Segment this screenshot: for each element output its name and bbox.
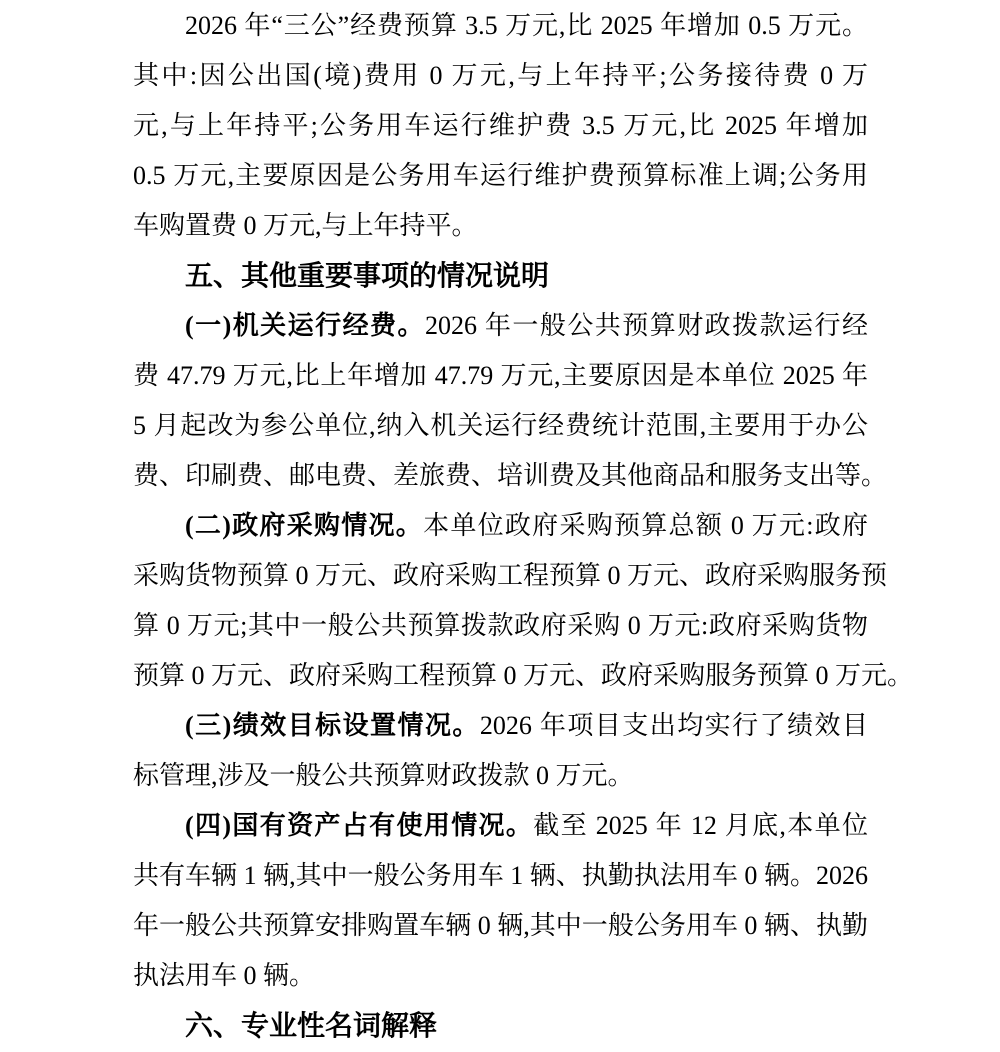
line-text: 车购置费 0 万元,与上年持平。 — [133, 211, 478, 240]
text-line: (四)国有资产占有使用情况。截至 2025 年 12 月底,本单位 — [133, 801, 868, 851]
section-5-heading: 五、其他重要事项的情况说明 — [133, 251, 868, 301]
document-body: 2026 年“三公”经费预算 3.5 万元,比 2025 年增加 0.5 万元。… — [133, 1, 868, 1051]
line-text: 0.5 万元,主要原因是公务用车运行维护费预算标准上调;公务用 — [133, 161, 868, 190]
subsection-label: (四)国有资产占有使用情况。 — [185, 811, 533, 840]
text-line: 标管理,涉及一般公共预算财政拨款 0 万元。 — [133, 751, 868, 801]
line-text: 5 月起改为参公单位,纳入机关运行经费统计范围,主要用于办公 — [133, 411, 868, 440]
text-line: 算 0 万元;其中一般公共预算拨款政府采购 0 万元:政府采购货物 — [133, 601, 868, 651]
text-line: 预算 0 万元、政府采购工程预算 0 万元、政府采购服务预算 0 万元。 — [133, 651, 868, 701]
three-public-expenses-paragraph: 2026 年“三公”经费预算 3.5 万元,比 2025 年增加 0.5 万元。… — [133, 1, 868, 251]
line-text: 年一般公共预算安排购置车辆 0 辆,其中一般公务用车 0 辆、执勤 — [133, 911, 868, 940]
line-text: 本单位政府采购预算总额 0 万元:政府 — [423, 511, 868, 540]
subsection-label: (二)政府采购情况。 — [185, 511, 423, 540]
line-text: 截至 2025 年 12 月底,本单位 — [533, 811, 868, 840]
line-text: 标管理,涉及一般公共预算财政拨款 0 万元。 — [133, 761, 634, 790]
line-text: 采购货物预算 0 万元、政府采购工程预算 0 万元、政府采购服务预 — [133, 561, 887, 590]
performance-targets-paragraph: (三)绩效目标设置情况。2026 年项目支出均实行了绩效目标管理,涉及一般公共预… — [133, 701, 868, 801]
text-line: 共有车辆 1 辆,其中一般公务用车 1 辆、执勤执法用车 0 辆。2026 — [133, 851, 868, 901]
line-text: 费、印刷费、邮电费、差旅费、培训费及其他商品和服务支出等。 — [133, 461, 887, 490]
agency-operating-costs-paragraph: (一)机关运行经费。2026 年一般公共预算财政拨款运行经费 47.79 万元,… — [133, 301, 868, 501]
text-line: 执法用车 0 辆。 — [133, 951, 868, 1001]
text-line: 2026 年“三公”经费预算 3.5 万元,比 2025 年增加 0.5 万元。 — [133, 1, 868, 51]
line-text: 共有车辆 1 辆,其中一般公务用车 1 辆、执勤执法用车 0 辆。2026 — [133, 861, 868, 890]
line-text: 其中:因公出国(境)费用 0 万元,与上年持平;公务接待费 0 万 — [133, 61, 868, 90]
text-line: 采购货物预算 0 万元、政府采购工程预算 0 万元、政府采购服务预 — [133, 551, 868, 601]
section-6-heading: 六、专业性名词解释 — [133, 1001, 868, 1051]
text-line: 0.5 万元,主要原因是公务用车运行维护费预算标准上调;公务用 — [133, 151, 868, 201]
subsection-label: (一)机关运行经费。 — [185, 311, 425, 340]
line-text: 2026 年一般公共预算财政拨款运行经 — [425, 311, 868, 340]
text-line: (三)绩效目标设置情况。2026 年项目支出均实行了绩效目 — [133, 701, 868, 751]
text-line: 其中:因公出国(境)费用 0 万元,与上年持平;公务接待费 0 万 — [133, 51, 868, 101]
text-line: 六、专业性名词解释 — [133, 1001, 868, 1051]
line-text: 费 47.79 万元,比上年增加 47.79 万元,主要原因是本单位 2025 … — [133, 361, 868, 390]
line-text: 五、其他重要事项的情况说明 — [185, 260, 549, 291]
line-text: 2026 年“三公”经费预算 3.5 万元,比 2025 年增加 0.5 万元。 — [185, 11, 868, 40]
line-text: 元,与上年持平;公务用车运行维护费 3.5 万元,比 2025 年增加 — [133, 111, 868, 140]
text-line: 五、其他重要事项的情况说明 — [133, 251, 868, 301]
text-line: 5 月起改为参公单位,纳入机关运行经费统计范围,主要用于办公 — [133, 401, 868, 451]
government-procurement-paragraph: (二)政府采购情况。本单位政府采购预算总额 0 万元:政府采购货物预算 0 万元… — [133, 501, 868, 701]
text-line: 元,与上年持平;公务用车运行维护费 3.5 万元,比 2025 年增加 — [133, 101, 868, 151]
text-line: (二)政府采购情况。本单位政府采购预算总额 0 万元:政府 — [133, 501, 868, 551]
line-text: 2026 年项目支出均实行了绩效目 — [480, 711, 868, 740]
text-line: (一)机关运行经费。2026 年一般公共预算财政拨款运行经 — [133, 301, 868, 351]
text-line: 费 47.79 万元,比上年增加 47.79 万元,主要原因是本单位 2025 … — [133, 351, 868, 401]
text-line: 年一般公共预算安排购置车辆 0 辆,其中一般公务用车 0 辆、执勤 — [133, 901, 868, 951]
state-owned-assets-paragraph: (四)国有资产占有使用情况。截至 2025 年 12 月底,本单位共有车辆 1 … — [133, 801, 868, 1001]
line-text: 预算 0 万元、政府采购工程预算 0 万元、政府采购服务预算 0 万元。 — [133, 661, 913, 690]
text-line: 车购置费 0 万元,与上年持平。 — [133, 201, 868, 251]
line-text: 执法用车 0 辆。 — [133, 961, 315, 990]
text-line: 费、印刷费、邮电费、差旅费、培训费及其他商品和服务支出等。 — [133, 451, 868, 501]
line-text: 算 0 万元;其中一般公共预算拨款政府采购 0 万元:政府采购货物 — [133, 611, 868, 640]
subsection-label: (三)绩效目标设置情况。 — [185, 711, 480, 740]
line-text: 六、专业性名词解释 — [185, 1010, 437, 1041]
document-page: 2026 年“三公”经费预算 3.5 万元,比 2025 年增加 0.5 万元。… — [0, 0, 1000, 1052]
